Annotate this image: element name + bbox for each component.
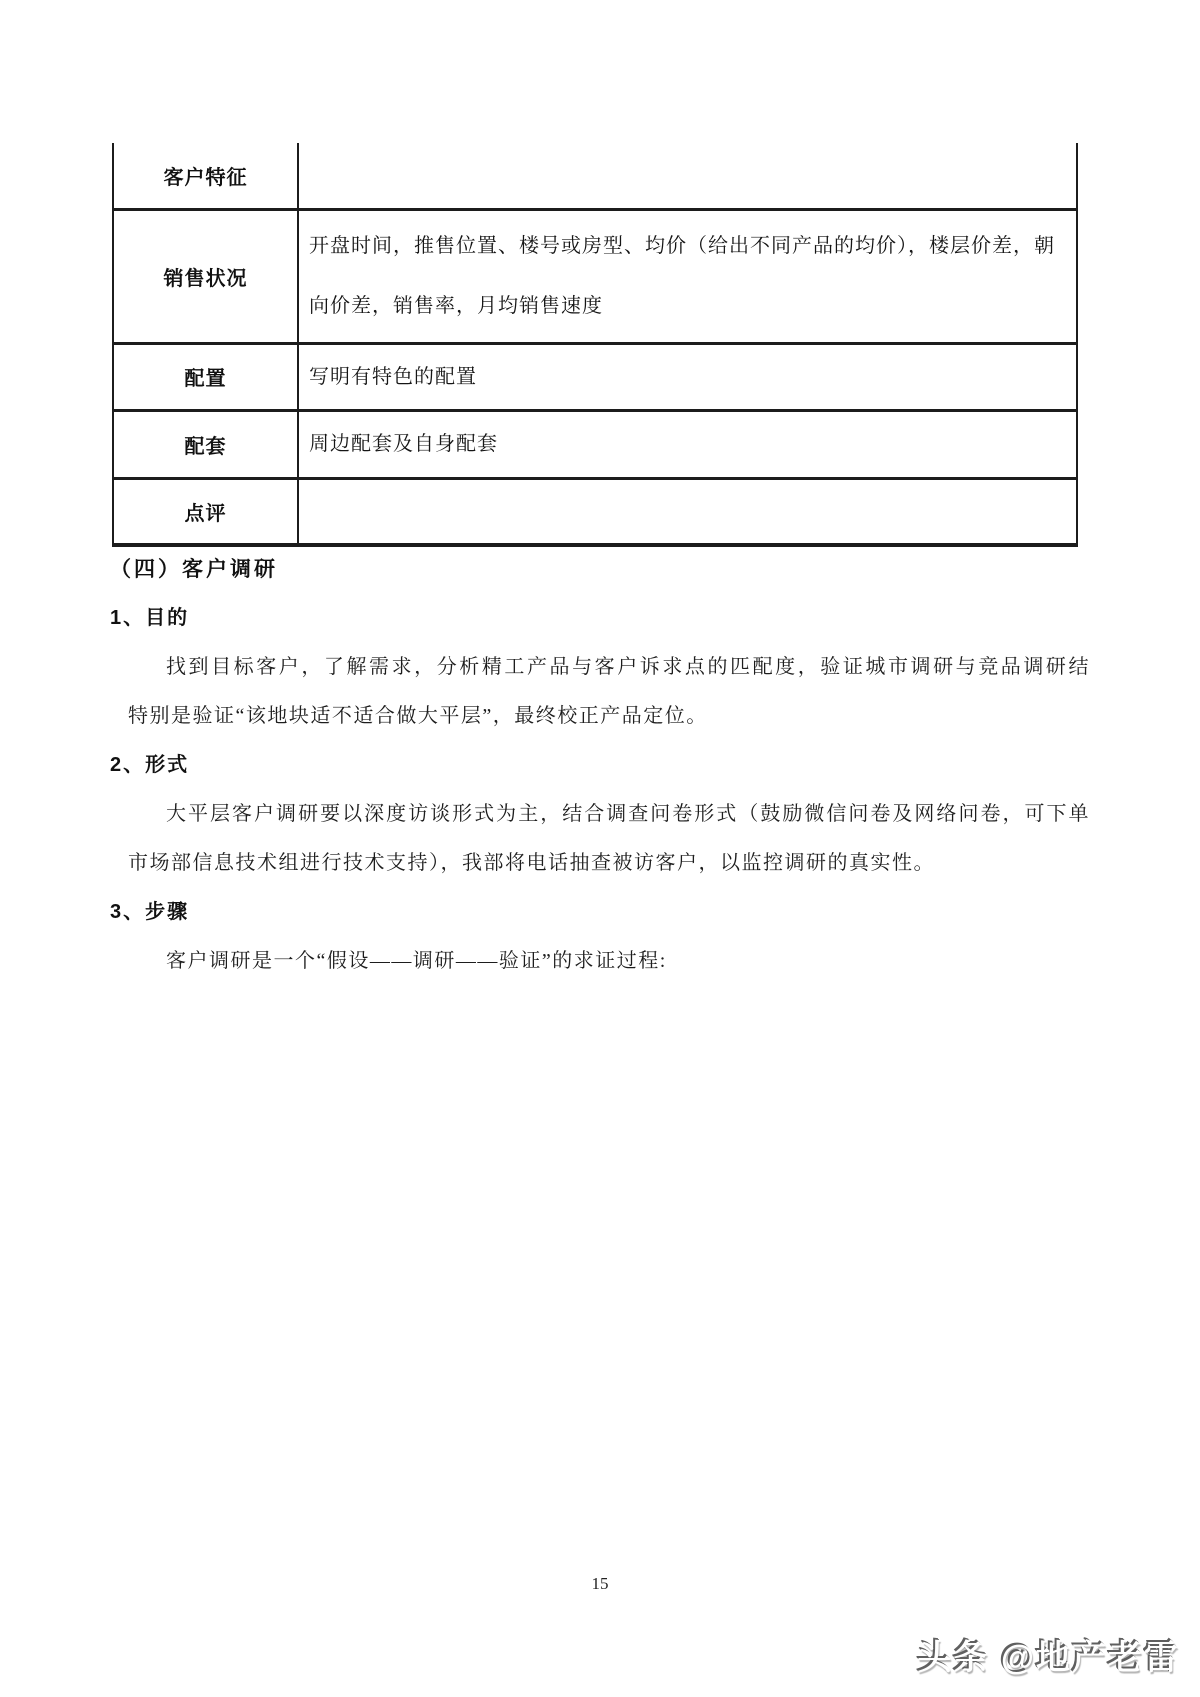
table-row: 客户特征 (113, 143, 1077, 209)
row-label: 配套 (113, 410, 298, 478)
paragraph-line: 找到目标客户，了解需求，分析精工产品与客户诉求点的匹配度，验证城市调研与竞品调研… (128, 643, 1090, 692)
page-number: 15 (0, 1574, 1200, 1594)
row-content: 写明有特色的配置 (298, 343, 1077, 410)
competitor-info-table: 客户特征销售状况开盘时间，推售位置、楼号或房型、均价（给出不同产品的均价），楼层… (112, 143, 1078, 547)
subsection-title: 3、步骤 (110, 888, 1200, 937)
table-row: 销售状况开盘时间，推售位置、楼号或房型、均价（给出不同产品的均价），楼层价差，朝… (113, 209, 1077, 343)
row-label: 客户特征 (113, 143, 298, 209)
section-heading: （四）客户调研 (110, 545, 1200, 594)
table-body: 客户特征销售状况开盘时间，推售位置、楼号或房型、均价（给出不同产品的均价），楼层… (113, 143, 1077, 545)
paragraph-line: 市场部信息技术组进行技术支持），我部将电话抽查被访客户，以监控调研的真实性。 (128, 839, 1090, 888)
document-body: （四）客户调研 1、目的找到目标客户，了解需求，分析精工产品与客户诉求点的匹配度… (0, 545, 1200, 986)
row-content: 周边配套及自身配套 (298, 410, 1077, 478)
row-label: 配置 (113, 343, 298, 410)
table-row: 配套周边配套及自身配套 (113, 410, 1077, 478)
watermark-text: 头条 @地产老雷 (917, 1630, 1180, 1679)
subsections-container: 1、目的找到目标客户，了解需求，分析精工产品与客户诉求点的匹配度，验证城市调研与… (0, 594, 1200, 986)
subsection-title: 1、目的 (110, 594, 1200, 643)
table-row: 点评 (113, 478, 1077, 545)
row-content (298, 478, 1077, 545)
document-page: 客户特征销售状况开盘时间，推售位置、楼号或房型、均价（给出不同产品的均价），楼层… (0, 0, 1200, 1697)
paragraph-line: 客户调研是一个“假设——调研——验证”的求证过程: (128, 937, 1090, 986)
row-content (298, 143, 1077, 209)
row-label: 销售状况 (113, 209, 298, 343)
paragraph-line: 大平层客户调研要以深度访谈形式为主，结合调查问卷形式（鼓励微信问卷及网络问卷，可… (128, 790, 1090, 839)
paragraph-line: 特别是验证“该地块适不适合做大平层”，最终校正产品定位。 (128, 692, 1090, 741)
subsection-title: 2、形式 (110, 741, 1200, 790)
table-row: 配置写明有特色的配置 (113, 343, 1077, 410)
row-label: 点评 (113, 478, 298, 545)
row-content: 开盘时间，推售位置、楼号或房型、均价（给出不同产品的均价），楼层价差，朝向价差，… (298, 209, 1077, 343)
